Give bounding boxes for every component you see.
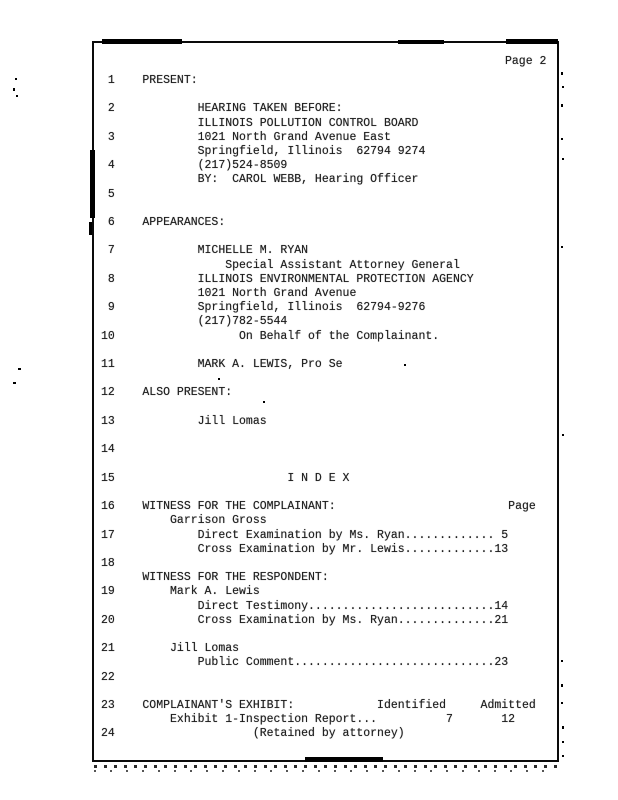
scan-speckle — [561, 104, 563, 107]
scan-speckle — [15, 78, 17, 80]
scan-speckle — [561, 72, 563, 75]
scan-dashed-artifact-row — [94, 765, 558, 768]
transcript-body: 1 PRESENT: 2 HEARING TAKEN BEFORE: ILLIN… — [101, 74, 536, 742]
scan-speckle — [13, 382, 16, 384]
scan-border-artifact — [305, 757, 383, 762]
transcript-sheet: Page 2 1 PRESENT: 2 HEARING TAKEN BEFORE… — [92, 41, 559, 762]
scan-speckle — [561, 138, 563, 140]
scan-border-artifact — [506, 39, 558, 44]
scan-speckle — [16, 95, 18, 97]
scan-border-artifact — [102, 39, 182, 44]
scan-speckle — [13, 88, 15, 91]
page-number-label: Page 2 — [505, 55, 546, 69]
scan-speckle — [561, 684, 563, 687]
scan-speckle — [562, 726, 564, 729]
scan-speckle — [263, 401, 265, 403]
scan-speckle — [562, 86, 564, 88]
scanned-transcript-page: Page 2 1 PRESENT: 2 HEARING TAKEN BEFORE… — [0, 0, 618, 800]
scan-speckle — [218, 378, 220, 380]
scan-speckle — [561, 702, 563, 704]
scan-border-artifact — [398, 40, 444, 44]
scan-speckle — [562, 741, 564, 743]
scan-speckle — [404, 364, 406, 366]
scan-speckle — [562, 434, 564, 436]
scan-speckle — [562, 158, 564, 160]
scan-speckle — [561, 246, 563, 248]
scan-speckle — [561, 660, 563, 662]
scan-dashed-artifact-row — [94, 770, 558, 772]
scan-speckle — [562, 755, 564, 757]
scan-border-artifact — [90, 150, 95, 218]
scan-border-artifact — [89, 222, 92, 235]
scan-speckle — [18, 368, 21, 370]
